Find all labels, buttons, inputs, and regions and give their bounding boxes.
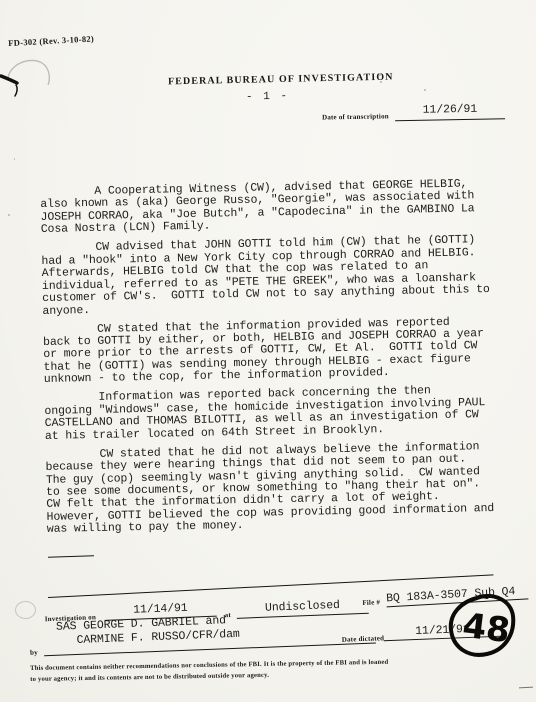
page-number: - 1 - — [246, 91, 289, 104]
date-of-transcription-label: Date of transcription — [322, 113, 389, 121]
transcription-date-row: Date of transcription 11/26/91 — [0, 0, 536, 146]
body-paragraph: A Cooperating Witness (CW), advised that… — [40, 177, 523, 236]
date-dictated-label: Date dictated — [342, 635, 385, 644]
agency-title: FEDERAL BUREAU OF INVESTIGATION — [168, 72, 394, 88]
scan-artifact — [424, 89, 426, 91]
scan-artifact — [14, 158, 15, 160]
scan-artifact — [379, 73, 381, 76]
body-paragraph: CW stated that he did not always believe… — [45, 440, 529, 537]
body-paragraph: CW advised that JOHN GOTTI told him (CW)… — [41, 234, 524, 318]
investigation-location-value: Undisclosed — [236, 599, 368, 619]
pen-scribble — [0, 52, 70, 116]
handwritten-page-circle: 48 — [447, 592, 519, 658]
date-of-transcription-value: 11/26/91 — [395, 103, 505, 121]
body-paragraph: Information was reported back concerning… — [44, 384, 527, 443]
scan-artifact — [8, 214, 10, 216]
report-body: A Cooperating Witness (CW), advised that… — [40, 177, 529, 543]
by-label: by — [30, 650, 38, 657]
handwritten-page-number: 48 — [460, 606, 512, 651]
file-number-label: File # — [362, 599, 380, 607]
scan-artifact — [48, 555, 94, 558]
scan-artifact — [380, 81, 382, 83]
document-page: FD-302 (Rev. 3-10-82) FEDERAL BUREAU OF … — [0, 0, 536, 702]
body-paragraph: CW stated that the information provided … — [43, 315, 526, 387]
scan-artifact — [519, 687, 533, 689]
form-number: FD-302 (Rev. 3-10-82) — [8, 34, 94, 48]
scan-artifact — [15, 601, 36, 619]
